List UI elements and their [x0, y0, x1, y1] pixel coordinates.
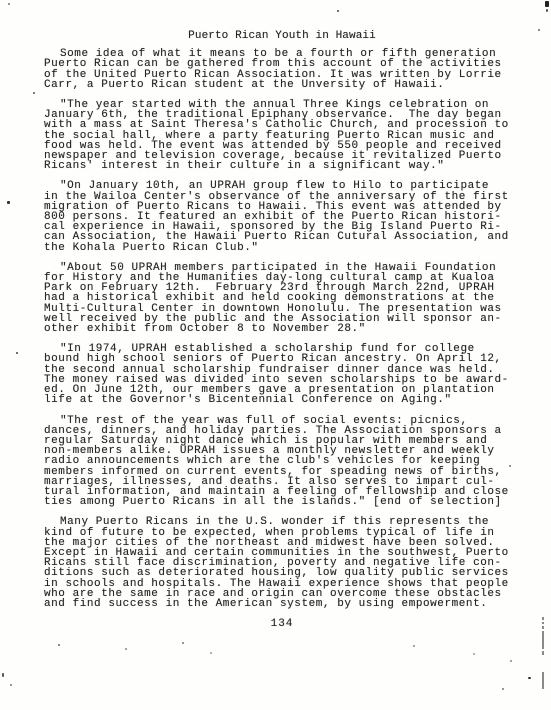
page-title: Puerto Rican Youth in Hawaii — [44, 31, 520, 41]
scan-speck — [8, 3, 10, 5]
scan-line-artifact — [542, 631, 544, 649]
scan-speck — [473, 653, 475, 655]
scan-speck — [7, 201, 10, 204]
scan-speck — [16, 352, 18, 354]
scan-line-artifact — [542, 626, 544, 629]
scan-line-artifact — [542, 617, 544, 620]
scan-speck — [33, 92, 35, 94]
paragraph-conclusion: Many Puerto Ricans in the U.S. wonder if… — [44, 517, 520, 609]
scan-speck — [125, 648, 127, 650]
scan-speck — [2, 673, 4, 677]
scan-speck — [413, 645, 415, 647]
scan-speck — [10, 684, 12, 686]
scan-speck — [337, 10, 339, 12]
paragraph-hilo-trip: "On January 10th, an UPRAH group flew to… — [44, 181, 520, 252]
scan-speck — [528, 677, 531, 679]
paragraph-social-events: "The rest of the year was full of social… — [44, 416, 520, 508]
scan-speck — [58, 644, 60, 646]
scan-speck — [546, 9, 548, 12]
scan-line-artifact — [542, 622, 544, 624]
scan-speck — [182, 642, 184, 644]
paragraph-scholarship: "In 1974, UPRAH established a scholarshi… — [44, 344, 520, 405]
page-content: Puerto Rican Youth in Hawaii Some idea o… — [44, 31, 520, 629]
page-number: 134 — [44, 619, 520, 629]
scan-speck — [210, 652, 212, 654]
scan-speck — [510, 660, 512, 662]
paragraph-intro: Some idea of what it means to be a fourt… — [44, 49, 520, 90]
scan-speck — [538, 29, 540, 31]
paragraph-three-kings: "The year started with the annual Three … — [44, 100, 520, 171]
scan-line-artifact — [542, 672, 544, 689]
scan-speck — [502, 688, 504, 690]
paragraph-cultural-camp: "About 50 UPRAH members participated in … — [44, 263, 520, 334]
scan-speck — [545, 1, 549, 7]
scan-line-artifact — [542, 651, 544, 655]
scan-speck — [509, 465, 511, 467]
scanned-document-page: Puerto Rican Youth in Hawaii Some idea o… — [0, 0, 551, 710]
